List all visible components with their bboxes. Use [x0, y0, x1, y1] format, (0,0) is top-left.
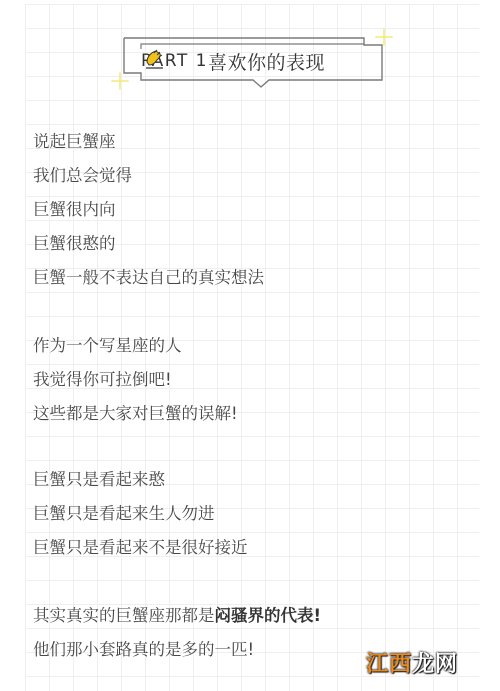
text-line: 他们那小套路真的是多的一匹!: [33, 637, 321, 671]
section-title: 喜欢你的表现: [208, 48, 325, 75]
text-line: 其实真实的巨蟹座那都是闷骚界的代表!: [33, 603, 321, 637]
paragraph-2: 作为一个写星座的人 我觉得你可拉倒吧! 这些都是大家对巨蟹的误解!: [33, 333, 321, 435]
paragraph-3: 巨蟹只是看起来憨 巨蟹只是看起来生人勿进 巨蟹只是看起来不是很好接近: [33, 467, 321, 569]
text-line: 巨蟹只是看起来生人勿进: [33, 501, 321, 535]
text-line: 我觉得你可拉倒吧!: [33, 367, 321, 401]
text-line: 作为一个写星座的人: [33, 333, 321, 367]
sparkle-icon: [376, 29, 392, 45]
section-header-badge: PART 1 喜欢你的表现: [0, 0, 500, 100]
text-line: 巨蟹一般不表达自己的真实想法: [33, 265, 321, 299]
text-line: 巨蟹很内向: [33, 197, 321, 231]
paragraph-gap: [33, 569, 321, 603]
watermark-part-orange: 江西: [366, 652, 412, 677]
paragraph-gap: [33, 299, 321, 333]
sparkle-icon: [112, 73, 128, 89]
text-line: 我们总会觉得: [33, 163, 321, 197]
text-line: 说起巨蟹座: [33, 129, 321, 163]
watermark-part-white: 龙网: [412, 652, 458, 677]
text-line: 巨蟹只是看起来不是很好接近: [33, 535, 321, 569]
text-normal: 其实真实的巨蟹座那都是: [33, 606, 215, 625]
paragraph-1: 说起巨蟹座 我们总会觉得 巨蟹很内向 巨蟹很憨的 巨蟹一般不表达自己的真实想法: [33, 129, 321, 299]
text-line: 巨蟹很憨的: [33, 231, 321, 265]
text-line: 巨蟹只是看起来憨: [33, 467, 321, 501]
article-body: 说起巨蟹座 我们总会觉得 巨蟹很内向 巨蟹很憨的 巨蟹一般不表达自己的真实想法 …: [33, 129, 321, 671]
waving-hand-icon: [143, 48, 165, 70]
text-emphasis: 闷骚界的代表!: [215, 606, 322, 625]
text-line: 这些都是大家对巨蟹的误解!: [33, 401, 321, 435]
watermark-logo: 江西龙网: [366, 647, 458, 678]
paragraph-4: 其实真实的巨蟹座那都是闷骚界的代表! 他们那小套路真的是多的一匹!: [33, 603, 321, 671]
paragraph-gap: [33, 435, 321, 467]
